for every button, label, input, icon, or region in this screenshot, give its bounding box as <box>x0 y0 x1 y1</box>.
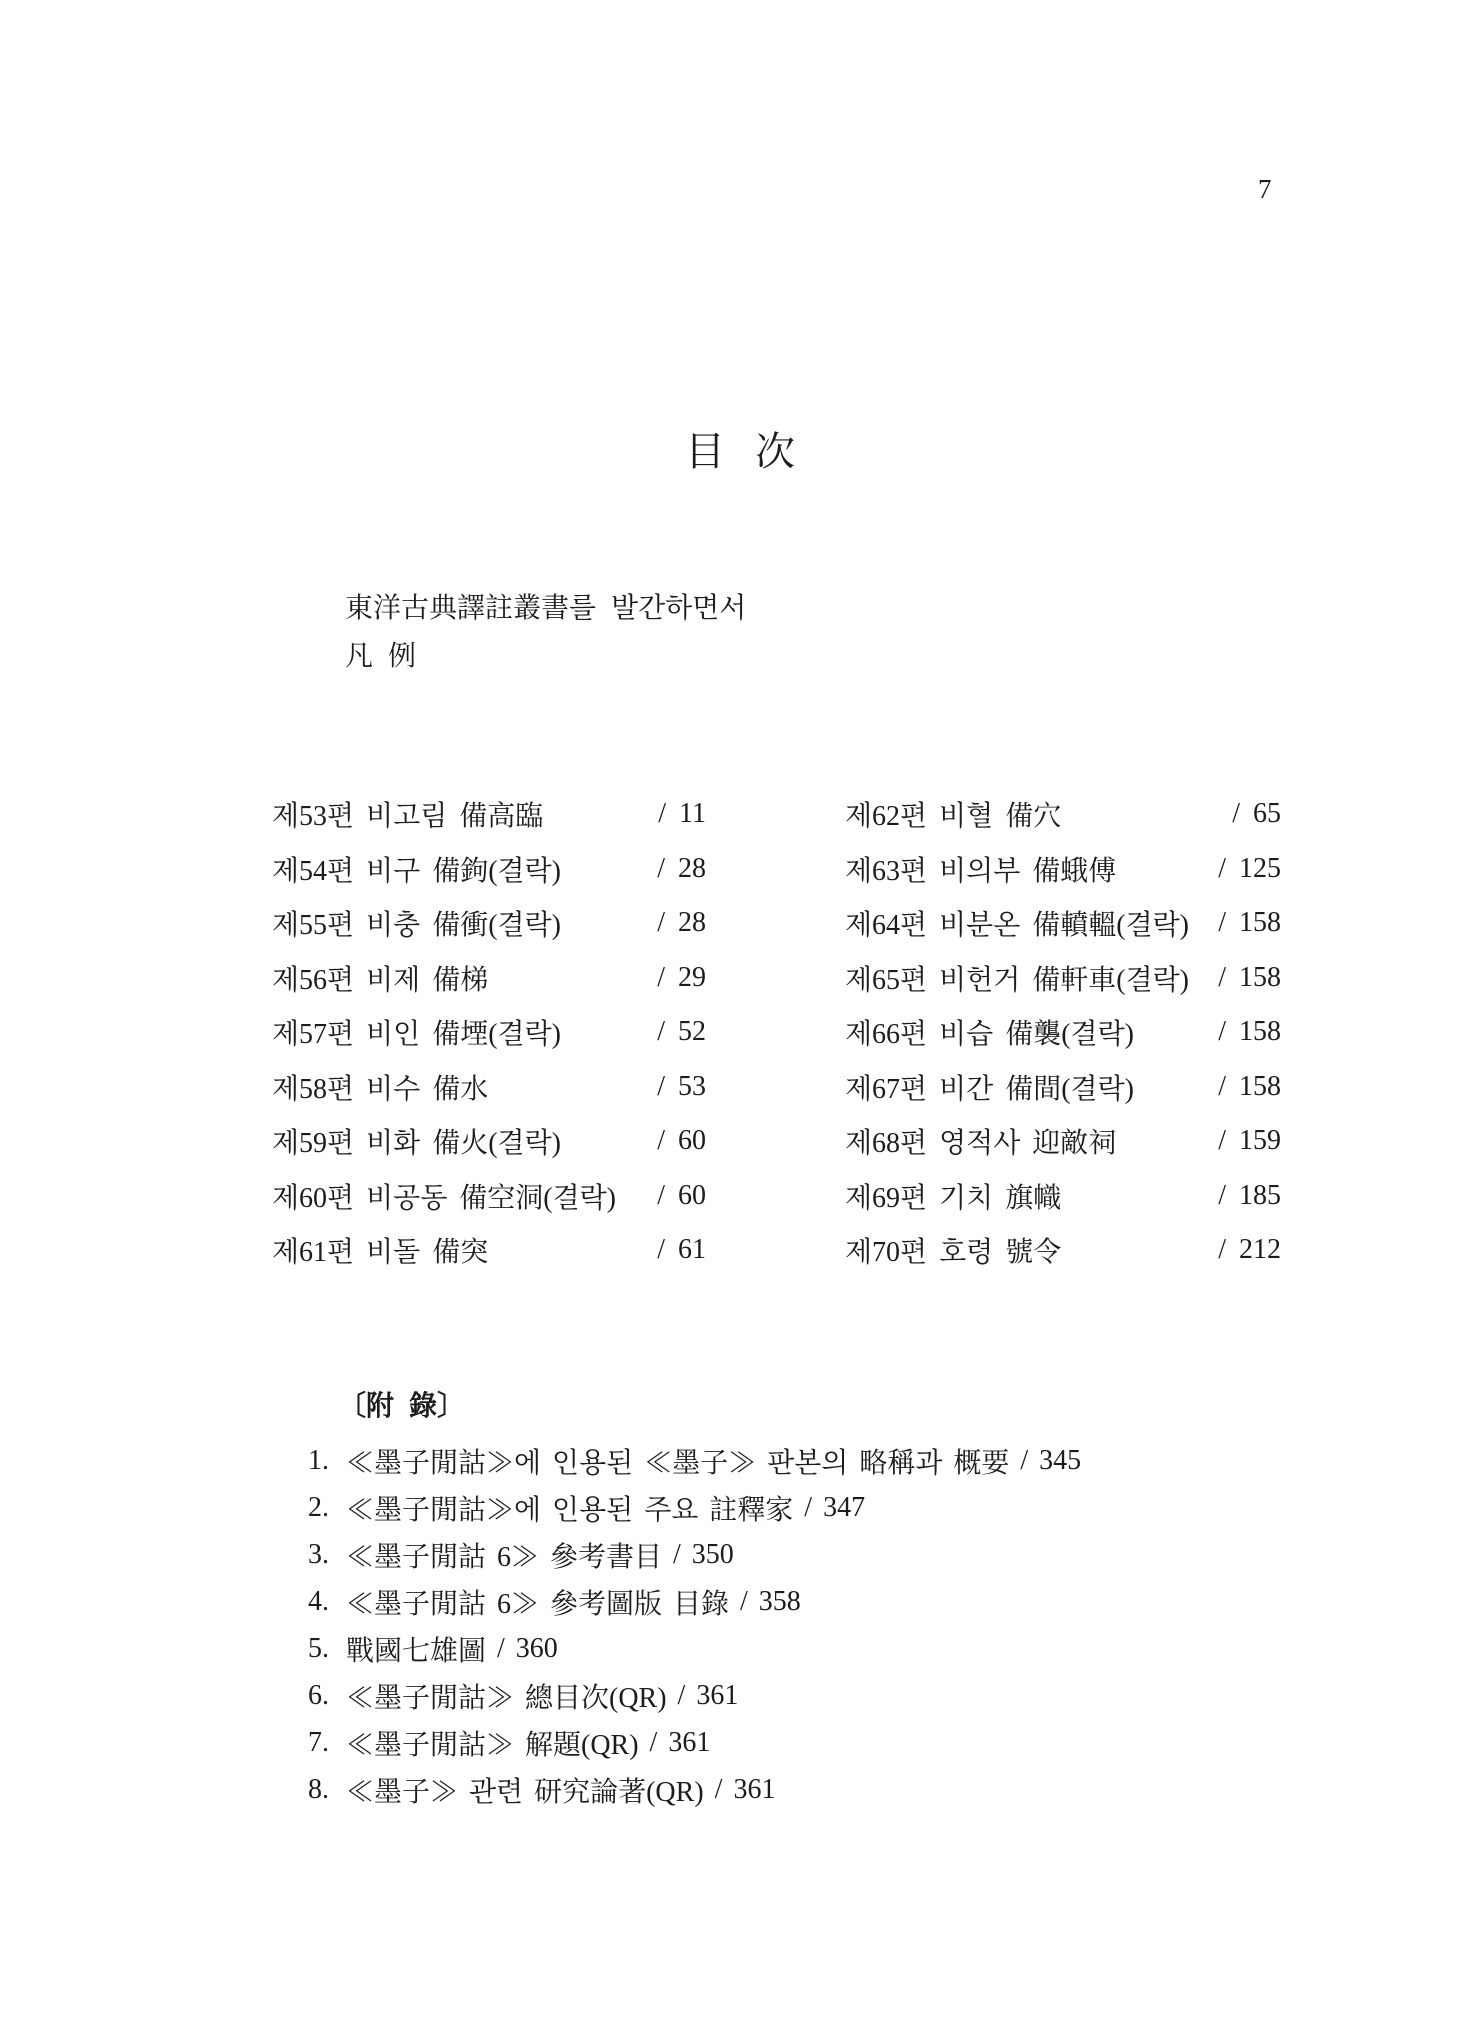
toc-separator: / <box>657 853 665 885</box>
toc-entry-label: 제67편 비간 備間(결락) <box>845 1067 1134 1107</box>
appendix-item-number: 7. <box>308 1727 336 1759</box>
toc-entry-page-group: /158 <box>1218 1016 1281 1048</box>
toc-entry-label: 제53편 비고림 備高臨 <box>272 794 543 834</box>
toc-page-number: 125 <box>1239 853 1281 885</box>
appendix-header: 〔附 錄〕 <box>338 1384 465 1424</box>
toc-entry-label: 제61편 비돌 備突 <box>272 1230 488 1270</box>
toc-page-number: 52 <box>678 1016 706 1048</box>
appendix-item-number: 8. <box>308 1774 336 1806</box>
toc-entry-label: 제63편 비의부 備蛾傅 <box>845 849 1116 889</box>
toc-separator: / <box>1218 1125 1226 1157</box>
toc-entry-label: 제68편 영적사 迎敵祠 <box>845 1121 1116 1161</box>
appendix-item-page: 360 <box>516 1633 558 1665</box>
appendix-item: 2.≪墨子閒詁≫에 인용된 주요 註釋家/347 <box>308 1484 1081 1531</box>
toc-page-number: 29 <box>678 962 706 994</box>
toc-entry-page-group: /60 <box>657 1125 706 1157</box>
toc-entry-page-group: /29 <box>657 962 706 994</box>
toc-column-right: 제62편 비혈 備穴 /65 제63편 비의부 備蛾傅 /125 제64편 비분… <box>845 787 1281 1278</box>
appendix-item-text: ≪墨子閒詁≫에 인용된 주요 註釋家 <box>346 1488 793 1528</box>
appendix-separator: / <box>673 1539 681 1571</box>
toc-row: 제54편 비구 備鉤(결락) /28 <box>272 842 706 897</box>
toc-entry-page-group: /158 <box>1218 962 1281 994</box>
appendix-separator: / <box>678 1680 686 1712</box>
toc-page-number: 185 <box>1239 1180 1281 1212</box>
appendix-separator: / <box>497 1633 505 1665</box>
toc-entry-page-group: /28 <box>657 853 706 885</box>
appendix-item: 5.戰國七雄圖/360 <box>308 1625 1081 1672</box>
toc-entry-label: 제69편 기치 旗幟 <box>845 1176 1061 1216</box>
toc-row: 제59편 비화 備火(결락) /60 <box>272 1114 706 1169</box>
toc-page-number: 158 <box>1239 907 1281 939</box>
toc-page-number: 28 <box>678 907 706 939</box>
appendix-item-number: 2. <box>308 1492 336 1524</box>
toc-separator: / <box>658 798 666 830</box>
appendix-item: 8.≪墨子≫ 관련 研究論著(QR)/361 <box>308 1766 1081 1813</box>
toc-separator: / <box>1218 1016 1226 1048</box>
appendix-item-text: ≪墨子閒詁≫ 總目次(QR) <box>346 1676 667 1716</box>
intro-line-conventions: 凡 例 <box>345 633 746 681</box>
appendix-item-text: ≪墨子閒詁≫ 解題(QR) <box>346 1723 639 1763</box>
toc-entry-label: 제66편 비습 備襲(결락) <box>845 1012 1134 1052</box>
toc-page-number: 53 <box>678 1071 706 1103</box>
toc-entry-page-group: /61 <box>657 1234 706 1266</box>
toc-entry-page-group: /28 <box>657 907 706 939</box>
toc-entry-page-group: /65 <box>1232 798 1281 830</box>
toc-page-number: 61 <box>678 1234 706 1266</box>
page-number: 7 <box>1258 174 1272 205</box>
toc-entry-label: 제62편 비혈 備穴 <box>845 794 1061 834</box>
toc-entry-label: 제58편 비수 備水 <box>272 1067 488 1107</box>
toc-entry-page-group: /53 <box>657 1071 706 1103</box>
appendix-item: 4.≪墨子閒詁 6≫ 參考圖版 目錄/358 <box>308 1578 1081 1625</box>
toc-entry-page-group: /11 <box>658 798 706 830</box>
toc-entry-label: 제55편 비충 備衝(결락) <box>272 903 561 943</box>
toc-row: 제58편 비수 備水 /53 <box>272 1060 706 1115</box>
toc-entry-label: 제70편 호령 號令 <box>845 1230 1061 1270</box>
appendix-item-page: 358 <box>759 1586 801 1618</box>
toc-row: 제69편 기치 旗幟 /185 <box>845 1169 1281 1224</box>
toc-entry-label: 제65편 비헌거 備軒車(결락) <box>845 958 1189 998</box>
toc-row: 제61편 비돌 備突 /61 <box>272 1223 706 1278</box>
toc-entry-label: 제59편 비화 備火(결락) <box>272 1121 561 1161</box>
toc-page-number: 158 <box>1239 1071 1281 1103</box>
appendix-item-number: 1. <box>308 1445 336 1477</box>
toc-entry-label: 제60편 비공동 備空洞(결락) <box>272 1176 616 1216</box>
toc-entry-page-group: /125 <box>1218 853 1281 885</box>
toc-separator: / <box>657 1071 665 1103</box>
toc-separator: / <box>1232 798 1240 830</box>
appendix-item-text: ≪墨子≫ 관련 研究論著(QR) <box>346 1770 704 1810</box>
toc-separator: / <box>657 1125 665 1157</box>
appendix-separator: / <box>804 1492 812 1524</box>
toc-page-number: 60 <box>678 1125 706 1157</box>
toc-separator: / <box>1218 1071 1226 1103</box>
toc-separator: / <box>657 962 665 994</box>
toc-row: 제70편 호령 號令 /212 <box>845 1223 1281 1278</box>
toc-page-number: 158 <box>1239 1016 1281 1048</box>
toc-entry-label: 제56편 비제 備梯 <box>272 958 488 998</box>
toc-row: 제62편 비혈 備穴 /65 <box>845 787 1281 842</box>
toc-entry-page-group: /60 <box>657 1180 706 1212</box>
appendix-separator: / <box>650 1727 658 1759</box>
appendix-item-page: 347 <box>823 1492 865 1524</box>
appendix-list: 1.≪墨子閒詁≫에 인용된 ≪墨子≫ 판본의 略稱과 概要/345 2.≪墨子閒… <box>308 1437 1081 1813</box>
toc-row: 제63편 비의부 備蛾傅 /125 <box>845 842 1281 897</box>
appendix-item-page: 345 <box>1039 1445 1081 1477</box>
toc-separator: / <box>1218 907 1226 939</box>
toc-separator: / <box>1218 962 1226 994</box>
appendix-item-page: 361 <box>696 1680 738 1712</box>
toc-row: 제56편 비제 備梯 /29 <box>272 951 706 1006</box>
toc-row: 제65편 비헌거 備軒車(결락) /158 <box>845 951 1281 1006</box>
appendix-item-text: ≪墨子閒詁 6≫ 參考圖版 目錄 <box>346 1582 729 1622</box>
toc-row: 제53편 비고림 備高臨 /11 <box>272 787 706 842</box>
toc-row: 제55편 비충 備衝(결락) /28 <box>272 896 706 951</box>
toc-entry-page-group: /52 <box>657 1016 706 1048</box>
toc-entry-label: 제57편 비인 備堙(결락) <box>272 1012 561 1052</box>
toc-separator: / <box>657 1234 665 1266</box>
intro-line-foreword: 東洋古典譯註叢書를 발간하면서 <box>345 585 746 633</box>
toc-page-number: 60 <box>678 1180 706 1212</box>
toc-separator: / <box>657 1180 665 1212</box>
appendix-item-page: 350 <box>692 1539 734 1571</box>
toc-row: 제57편 비인 備堙(결락) /52 <box>272 1005 706 1060</box>
toc-row: 제68편 영적사 迎敵祠 /159 <box>845 1114 1281 1169</box>
appendix-item-number: 5. <box>308 1633 336 1665</box>
page-title: 目 次 <box>0 428 1480 476</box>
appendix-item: 7.≪墨子閒詁≫ 解題(QR)/361 <box>308 1719 1081 1766</box>
appendix-item-page: 361 <box>733 1774 775 1806</box>
toc-separator: / <box>657 907 665 939</box>
toc-row: 제66편 비습 備襲(결락) /158 <box>845 1005 1281 1060</box>
toc-entry-page-group: /158 <box>1218 907 1281 939</box>
toc-page-number: 65 <box>1253 798 1281 830</box>
toc-entry-page-group: /185 <box>1218 1180 1281 1212</box>
toc-entry-page-group: /158 <box>1218 1071 1281 1103</box>
toc-column-left: 제53편 비고림 備高臨 /11 제54편 비구 備鉤(결락) /28 제55편… <box>272 787 706 1278</box>
toc-entry-page-group: /159 <box>1218 1125 1281 1157</box>
appendix-item-text: ≪墨子閒詁 6≫ 參考書目 <box>346 1535 662 1575</box>
toc-entry-page-group: /212 <box>1218 1234 1281 1266</box>
appendix-item-number: 3. <box>308 1539 336 1571</box>
appendix-item: 1.≪墨子閒詁≫에 인용된 ≪墨子≫ 판본의 略稱과 概要/345 <box>308 1437 1081 1484</box>
appendix-separator: / <box>740 1586 748 1618</box>
appendix-item-text: ≪墨子閒詁≫에 인용된 ≪墨子≫ 판본의 略稱과 概要 <box>346 1441 1009 1481</box>
appendix-item-number: 6. <box>308 1680 336 1712</box>
toc-page-number: 159 <box>1239 1125 1281 1157</box>
toc-row: 제60편 비공동 備空洞(결락) /60 <box>272 1169 706 1224</box>
book-page: 7 目 次 東洋古典譯註叢書를 발간하면서 凡 例 제53편 비고림 備高臨 /… <box>0 0 1480 2024</box>
appendix-item: 3.≪墨子閒詁 6≫ 參考書目/350 <box>308 1531 1081 1578</box>
toc-entry-label: 제64편 비분온 備轒轀(결락) <box>845 903 1189 943</box>
appendix-separator: / <box>715 1774 723 1806</box>
toc-row: 제64편 비분온 備轒轀(결락) /158 <box>845 896 1281 951</box>
appendix-item-text: 戰國七雄圖 <box>346 1629 486 1669</box>
toc-separator: / <box>1218 1180 1226 1212</box>
appendix-item: 6.≪墨子閒詁≫ 總目次(QR)/361 <box>308 1672 1081 1719</box>
toc-entry-label: 제54편 비구 備鉤(결락) <box>272 849 561 889</box>
toc-row: 제67편 비간 備間(결락) /158 <box>845 1060 1281 1115</box>
toc-separator: / <box>657 1016 665 1048</box>
toc-separator: / <box>1218 853 1226 885</box>
appendix-item-page: 361 <box>668 1727 710 1759</box>
toc-separator: / <box>1218 1234 1226 1266</box>
toc-page-number: 212 <box>1239 1234 1281 1266</box>
toc-page-number: 28 <box>678 853 706 885</box>
toc-page-number: 11 <box>679 798 706 830</box>
intro-section: 東洋古典譯註叢書를 발간하면서 凡 例 <box>345 585 746 681</box>
appendix-separator: / <box>1020 1445 1028 1477</box>
toc-page-number: 158 <box>1239 962 1281 994</box>
appendix-item-number: 4. <box>308 1586 336 1618</box>
